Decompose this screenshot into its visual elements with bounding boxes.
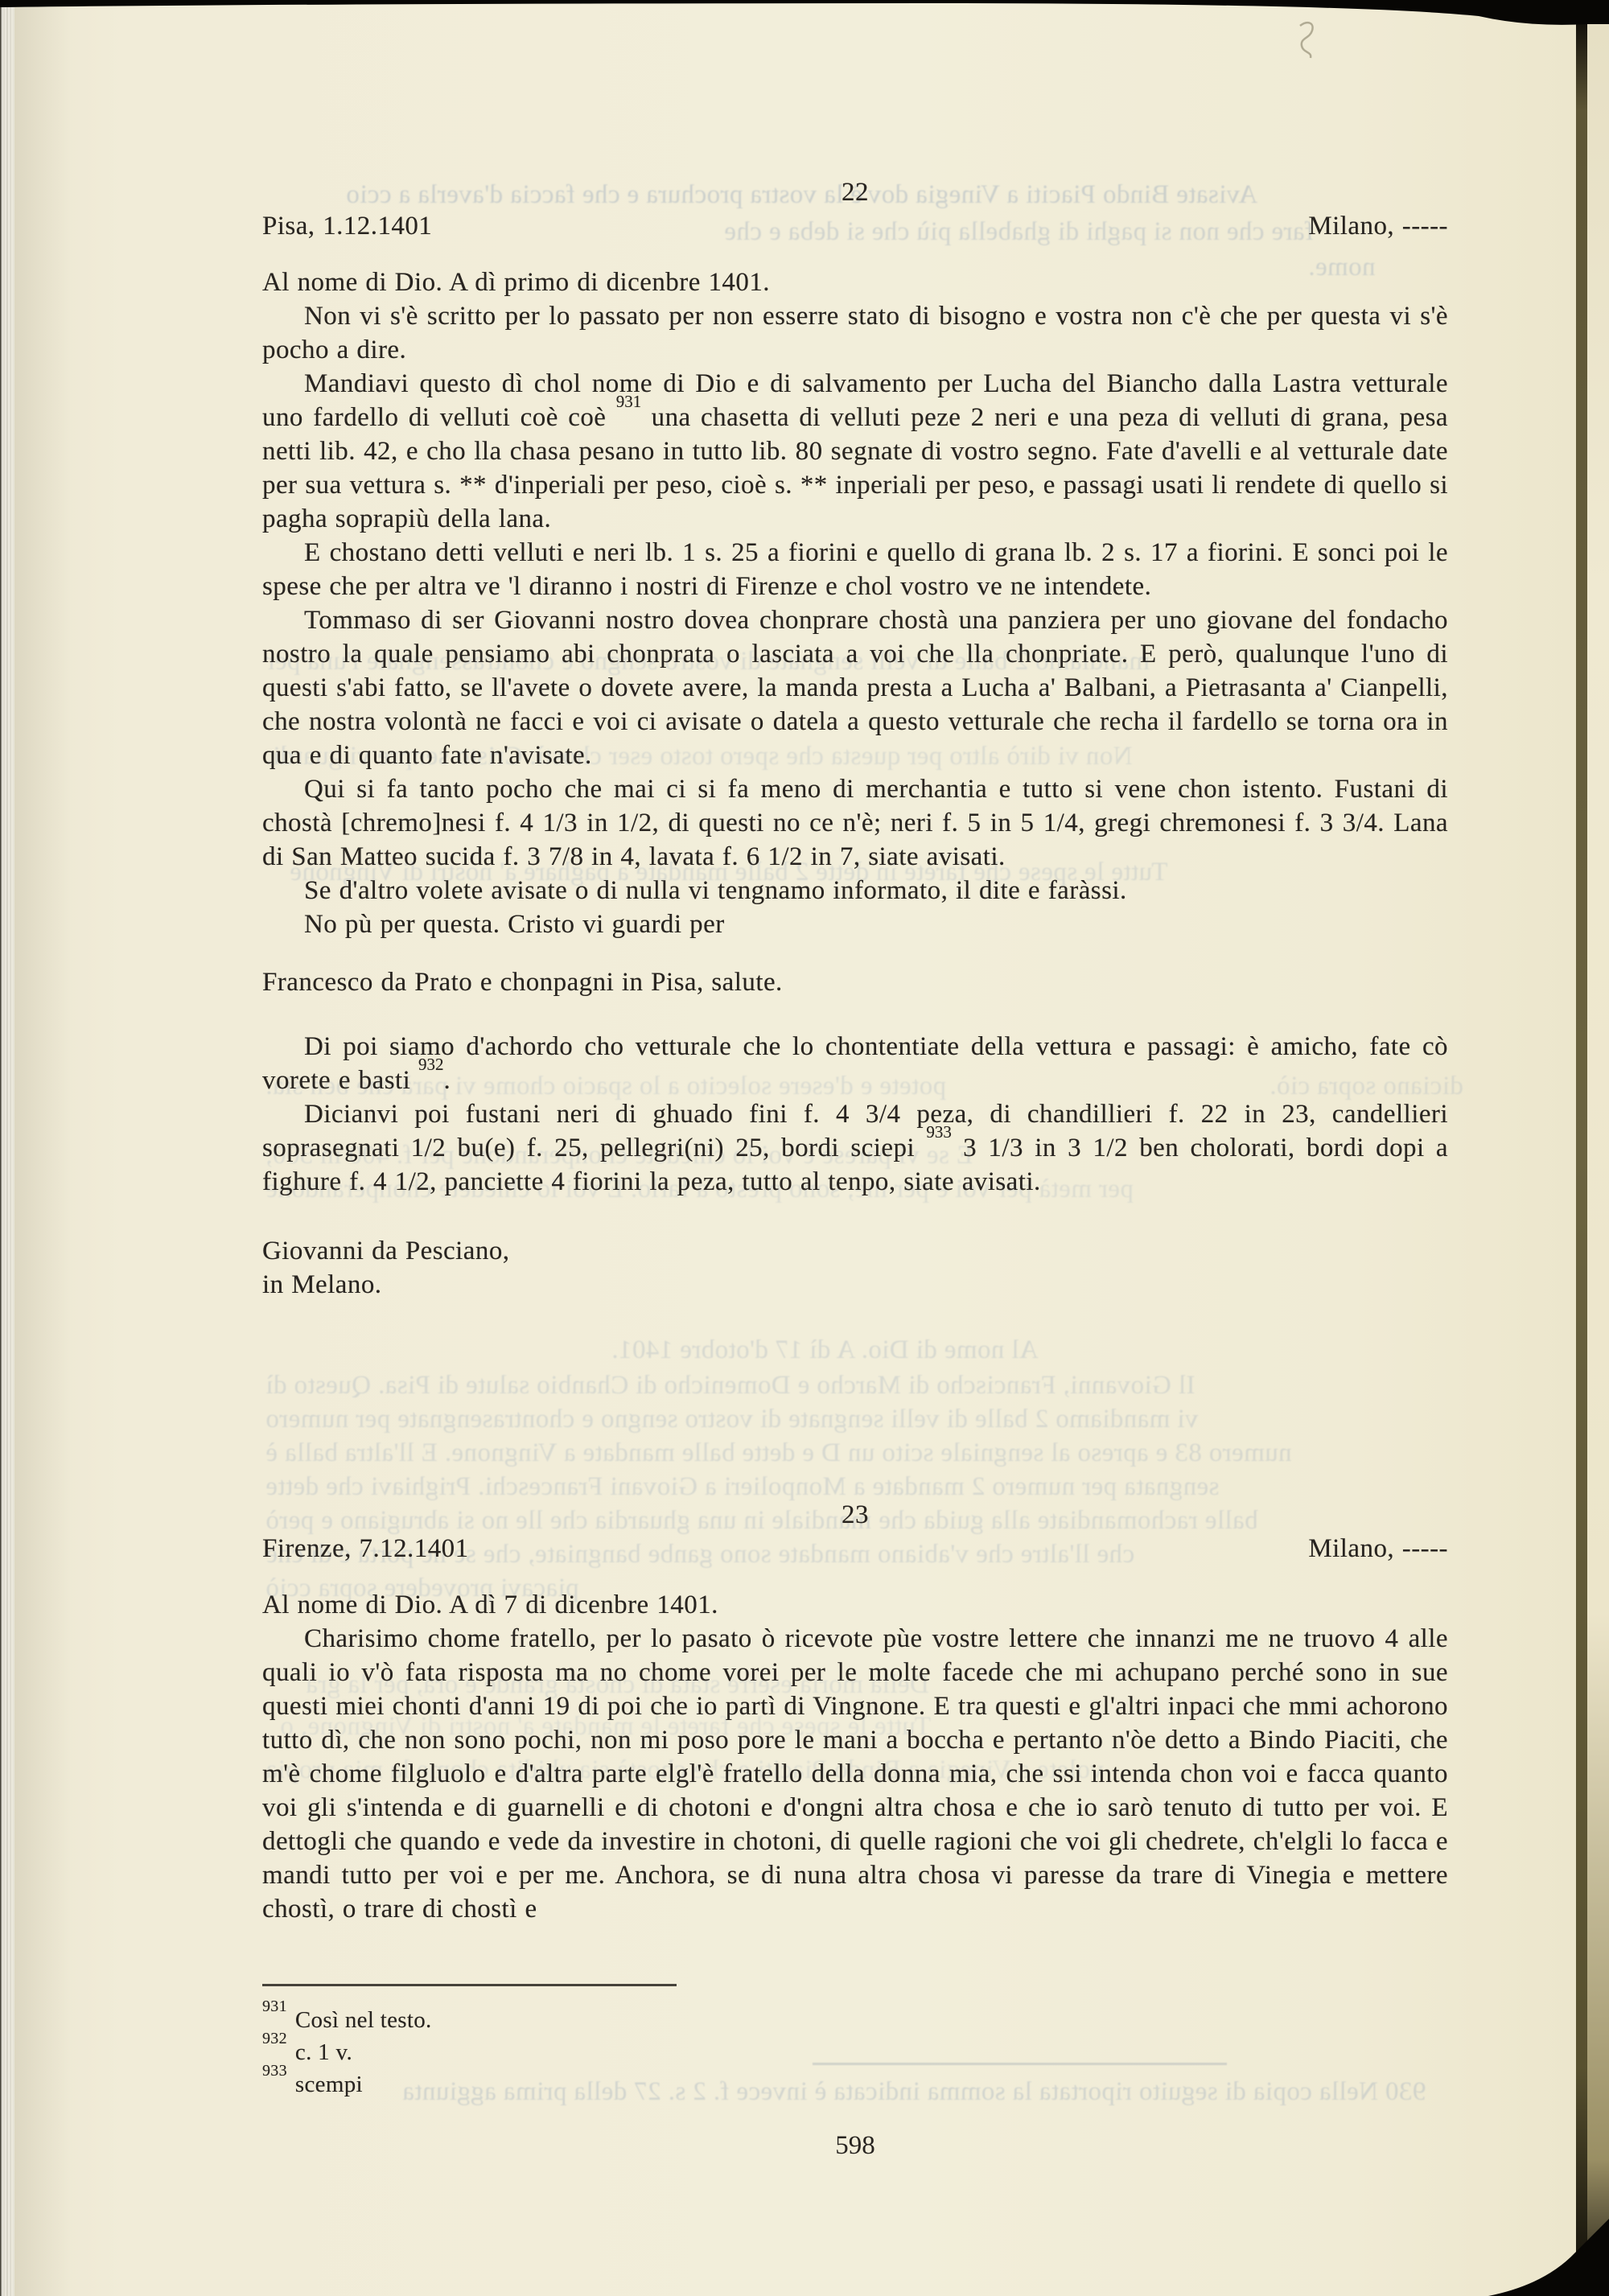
- footnote: 931Così nel testo.: [262, 2004, 1448, 2036]
- footnote-text: Così nel testo.: [295, 2007, 432, 2033]
- bleed-through-text: vi mandiamo 2 balle di velli sengnate di…: [265, 1405, 1198, 1434]
- paragraph-text: .: [443, 1066, 451, 1095]
- book-scan: { "page_number": "598", "letters": [ { "…: [0, 0, 1609, 2296]
- signature-line: Francesco da Prato e chonpagni in Pisa, …: [262, 965, 1448, 999]
- paragraph: Se d'altro volete avisate o di nulla vi …: [262, 874, 1448, 907]
- book-gutter: [1576, 14, 1587, 2296]
- letter-23-section: 23 Firenze, 7.12.1401 Milano, ----- Al n…: [262, 1498, 1448, 1926]
- footnote-marker: 931: [616, 392, 642, 411]
- paragraph: Non vi s'è scritto per lo passato per no…: [262, 299, 1448, 367]
- footnote: 932c. 1 v.: [262, 2036, 1448, 2068]
- footnotes-section: 931Così nel testo. 932c. 1 v. 933scempi: [262, 1984, 1448, 2101]
- paragraph: Tommaso di ser Giovanni nostro dovea cho…: [262, 603, 1448, 772]
- dateline: Pisa, 1.12.1401 Milano, -----: [262, 209, 1448, 243]
- paragraph: Dicianvi poi fustani neri di ghuado fini…: [262, 1097, 1448, 1199]
- origin-place-date: Pisa, 1.12.1401: [262, 209, 432, 243]
- salutation: Al nome di Dio. A dì primo di dicenbre 1…: [262, 265, 1448, 299]
- bleed-through-text: Il Giovanni, Francischo di Marcho e Dome…: [265, 1371, 1195, 1401]
- paragraph: Qui si fa tanto pocho che mai ci si fa m…: [262, 772, 1448, 874]
- footnote-text: scempi: [295, 2072, 363, 2097]
- letter-22-section: 22 Pisa, 1.12.1401 Milano, ----- Al nome…: [262, 175, 1448, 1302]
- signoff-place: in Melano.: [262, 1268, 1448, 1302]
- book-page: Avisate Bindo Piaciti a Vinegia dov'è la…: [14, 3, 1587, 2296]
- signoff-name: Giovanni da Pesciano,: [262, 1234, 1448, 1268]
- bleed-through-text: numero 83 e apreso al sengniale scito un…: [265, 1438, 1292, 1468]
- origin-place-date: Firenze, 7.12.1401: [262, 1532, 469, 1566]
- footnote: 933scempi: [262, 2068, 1448, 2101]
- paragraph: No pù per questa. Cristo vi guardi per: [262, 907, 1448, 941]
- paragraph: Mandiavi questo dì chol nome di Dio e di…: [262, 367, 1448, 536]
- destination: Milano, -----: [1308, 209, 1448, 243]
- paragraph: E chostano detti velluti e neri lb. 1 s.…: [262, 536, 1448, 603]
- dateline: Firenze, 7.12.1401 Milano, -----: [262, 1532, 1448, 1566]
- footnote-number: 933: [262, 2062, 287, 2080]
- letter-number: 22: [262, 175, 1448, 209]
- destination: Milano, -----: [1308, 1532, 1448, 1566]
- footnote-number: 931: [262, 1998, 287, 2015]
- salutation: Al nome di Dio. A dì 7 di dicenbre 1401.: [262, 1588, 1448, 1622]
- next-page-edge: [1587, 21, 1609, 2296]
- footnote-number: 932: [262, 2030, 287, 2047]
- left-margin-shadow: [14, 3, 71, 2296]
- bleed-through-text: Al nome di Dio. A dì 17 d'otobre 1401.: [611, 1335, 1039, 1365]
- footnote-marker: 933: [926, 1122, 952, 1142]
- page-edge-stack: [0, 0, 14, 2296]
- footnote-rule: [262, 1984, 677, 1986]
- letter-number: 23: [262, 1498, 1448, 1532]
- paragraph: Charisimo chome fratello, per lo pasato …: [262, 1622, 1448, 1926]
- page-number: 598: [262, 2131, 1448, 2161]
- footnote-text: c. 1 v.: [295, 2039, 352, 2065]
- footnote-marker: 932: [418, 1055, 444, 1074]
- paragraph: Di poi siamo d'achordo cho vetturale che…: [262, 1030, 1448, 1097]
